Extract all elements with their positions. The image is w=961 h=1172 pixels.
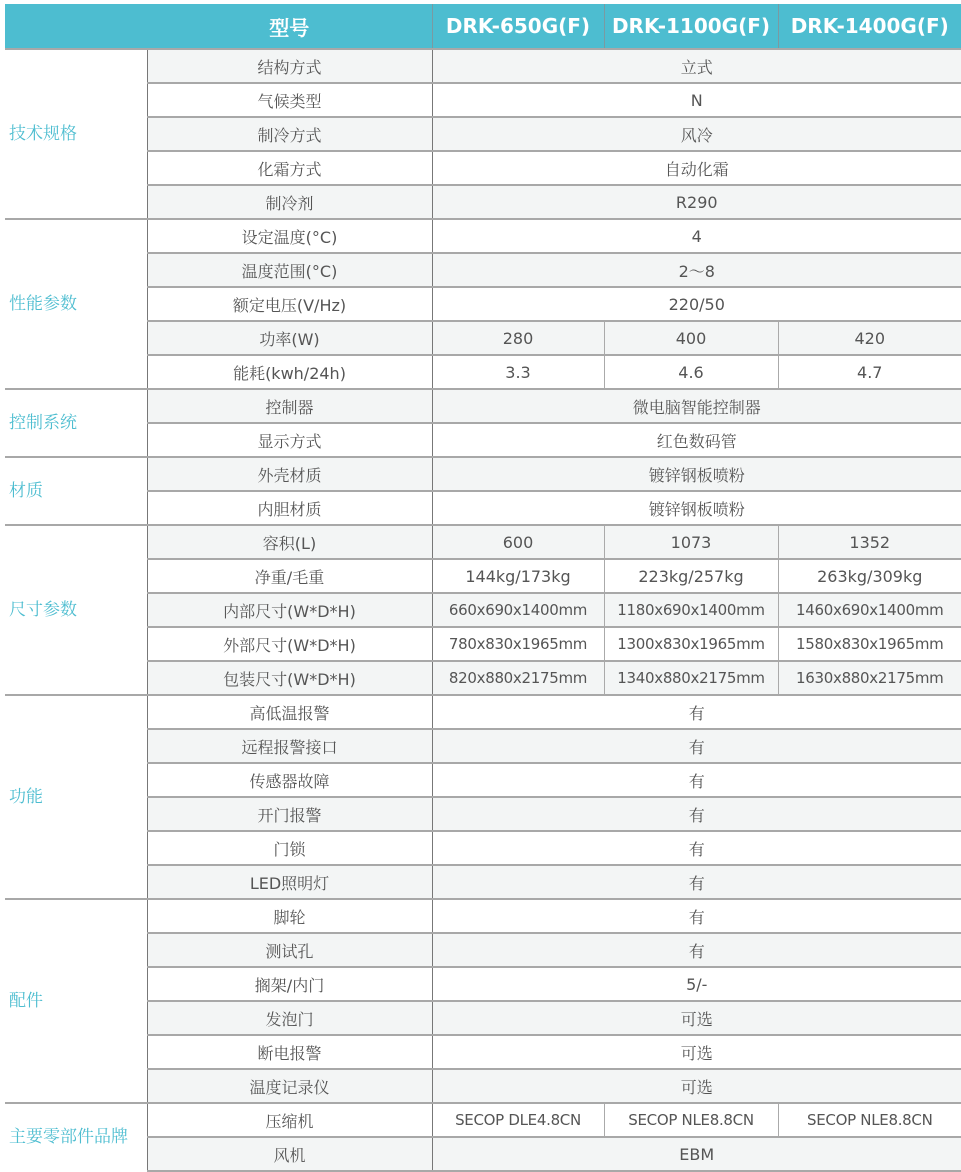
- table-row: 配件 脚轮 有: [5, 899, 961, 933]
- row-value-model-2: 1340x880x2175mm: [604, 661, 778, 695]
- table-row: 控制系统 控制器 微电脑智能控制器: [5, 389, 961, 423]
- row-label: 额定电压(V/Hz): [147, 287, 432, 321]
- row-label: 制冷方式: [147, 117, 432, 151]
- row-label: 容积(L): [147, 525, 432, 559]
- row-label: 高低温报警: [147, 695, 432, 729]
- row-label: 控制器: [147, 389, 432, 423]
- table-row: 能耗(kwh/24h) 3.3 4.6 4.7: [5, 355, 961, 389]
- row-label: 内胆材质: [147, 491, 432, 525]
- row-value: 微电脑智能控制器: [432, 389, 961, 423]
- table-row: 温度记录仪 可选: [5, 1069, 961, 1103]
- table-row: 内胆材质 镀锌钢板喷粉: [5, 491, 961, 525]
- row-value: 有: [432, 797, 961, 831]
- row-value: 5/-: [432, 967, 961, 1001]
- table-row: 材质 外壳材质 镀锌钢板喷粉: [5, 457, 961, 491]
- table-row: 性能参数 设定温度(°C) 4: [5, 219, 961, 253]
- row-label: 净重/毛重: [147, 559, 432, 593]
- header-model-2: DRK-1100G(F): [604, 4, 778, 49]
- header-model-3: DRK-1400G(F): [778, 4, 961, 49]
- row-value: N: [432, 83, 961, 117]
- row-label: 化霜方式: [147, 151, 432, 185]
- row-label: 断电报警: [147, 1035, 432, 1069]
- row-value: 有: [432, 899, 961, 933]
- row-value: 有: [432, 865, 961, 899]
- category-component-brands: 主要零部件品牌: [5, 1103, 147, 1135]
- row-label: 开门报警: [147, 797, 432, 831]
- table-row: 化霜方式 自动化霜: [5, 151, 961, 185]
- row-value: 220/50: [432, 287, 961, 321]
- category-performance: 性能参数: [5, 219, 147, 389]
- header-row: 型号 DRK-650G(F) DRK-1100G(F) DRK-1400G(F): [5, 4, 961, 49]
- row-label: 设定温度(°C): [147, 219, 432, 253]
- row-value: 可选: [432, 1069, 961, 1103]
- spec-table: 型号 DRK-650G(F) DRK-1100G(F) DRK-1400G(F)…: [5, 4, 961, 1135]
- row-value-model-2: 1073: [604, 525, 778, 559]
- row-label: 功率(W): [147, 321, 432, 355]
- model-label-text: 型号: [147, 12, 432, 41]
- row-value-model-1: 820x880x2175mm: [432, 661, 604, 695]
- row-value-model-3: 4.7: [778, 355, 961, 389]
- row-value: 可选: [432, 1035, 961, 1069]
- row-label: 包装尺寸(W*D*H): [147, 661, 432, 695]
- row-value-model-3: 1352: [778, 525, 961, 559]
- table-row: 气候类型 N: [5, 83, 961, 117]
- table-row: 发泡门 可选: [5, 1001, 961, 1035]
- row-value-model-3: SECOP NLE8.8CN: [778, 1103, 961, 1135]
- row-label: 温度记录仪: [147, 1069, 432, 1103]
- row-label: 外部尺寸(W*D*H): [147, 627, 432, 661]
- row-value-model-1: 3.3: [432, 355, 604, 389]
- row-value-model-1: 144kg/173kg: [432, 559, 604, 593]
- row-value-model-2: 4.6: [604, 355, 778, 389]
- row-value-model-1: 660x690x1400mm: [432, 593, 604, 627]
- row-label: 显示方式: [147, 423, 432, 457]
- row-value-model-2: SECOP NLE8.8CN: [604, 1103, 778, 1135]
- category-functions: 功能: [5, 695, 147, 899]
- header-model-label: 型号: [147, 4, 432, 49]
- table-row: 技术规格 结构方式 立式: [5, 49, 961, 83]
- row-label: 外壳材质: [147, 457, 432, 491]
- row-value-model-3: 1630x880x2175mm: [778, 661, 961, 695]
- row-value: 有: [432, 763, 961, 797]
- row-value-model-2: 223kg/257kg: [604, 559, 778, 593]
- row-value: 立式: [432, 49, 961, 83]
- row-value-model-1: 280: [432, 321, 604, 355]
- row-value: 镀锌钢板喷粉: [432, 457, 961, 491]
- row-value: 镀锌钢板喷粉: [432, 491, 961, 525]
- row-value-model-1: 600: [432, 525, 604, 559]
- row-label: 远程报警接口: [147, 729, 432, 763]
- table-row: 制冷剂 R290: [5, 185, 961, 219]
- row-label: 压缩机: [147, 1103, 432, 1135]
- row-label: 脚轮: [147, 899, 432, 933]
- row-value-model-3: 1460x690x1400mm: [778, 593, 961, 627]
- table-row: 断电报警 可选: [5, 1035, 961, 1069]
- row-value: 可选: [432, 1001, 961, 1035]
- table-row: 净重/毛重 144kg/173kg 223kg/257kg 263kg/309k…: [5, 559, 961, 593]
- category-tech-specs: 技术规格: [5, 49, 147, 219]
- category-material: 材质: [5, 457, 147, 525]
- table-row: 功率(W) 280 400 420: [5, 321, 961, 355]
- table-row: LED照明灯 有: [5, 865, 961, 899]
- table-row: 尺寸参数 容积(L) 600 1073 1352: [5, 525, 961, 559]
- row-value-model-1: 780x830x1965mm: [432, 627, 604, 661]
- table-row: 显示方式 红色数码管: [5, 423, 961, 457]
- table-row: 传感器故障 有: [5, 763, 961, 797]
- table-row: 额定电压(V/Hz) 220/50: [5, 287, 961, 321]
- category-dimensions: 尺寸参数: [5, 525, 147, 695]
- row-label: 能耗(kwh/24h): [147, 355, 432, 389]
- row-value: 自动化霜: [432, 151, 961, 185]
- table-row: 远程报警接口 有: [5, 729, 961, 763]
- table-row: 门锁 有: [5, 831, 961, 865]
- row-value-model-3: 420: [778, 321, 961, 355]
- row-value: 有: [432, 933, 961, 967]
- row-value-model-2: 1300x830x1965mm: [604, 627, 778, 661]
- table-row: 内部尺寸(W*D*H) 660x690x1400mm 1180x690x1400…: [5, 593, 961, 627]
- row-label: 门锁: [147, 831, 432, 865]
- row-value: 4: [432, 219, 961, 253]
- header-model-1: DRK-650G(F): [432, 4, 604, 49]
- row-value-model-2: 400: [604, 321, 778, 355]
- row-value-model-1: SECOP DLE4.8CN: [432, 1103, 604, 1135]
- table-row: 功能 高低温报警 有: [5, 695, 961, 729]
- table-row: 温度范围(°C) 2〜8: [5, 253, 961, 287]
- table-row: 外部尺寸(W*D*H) 780x830x1965mm 1300x830x1965…: [5, 627, 961, 661]
- row-label: 测试孔: [147, 933, 432, 967]
- row-value: 有: [432, 831, 961, 865]
- row-label: 搁架/内门: [147, 967, 432, 1001]
- row-value: R290: [432, 185, 961, 219]
- row-label: 发泡门: [147, 1001, 432, 1035]
- table-row: 包装尺寸(W*D*H) 820x880x2175mm 1340x880x2175…: [5, 661, 961, 695]
- row-value: 有: [432, 729, 961, 763]
- table-row: 测试孔 有: [5, 933, 961, 967]
- row-value: 风冷: [432, 117, 961, 151]
- row-value-model-3: 263kg/309kg: [778, 559, 961, 593]
- row-value: 2〜8: [432, 253, 961, 287]
- table-row: 搁架/内门 5/-: [5, 967, 961, 1001]
- table-row: 主要零部件品牌 压缩机 SECOP DLE4.8CN SECOP NLE8.8C…: [5, 1103, 961, 1135]
- row-label: 温度范围(°C): [147, 253, 432, 287]
- row-label: 气候类型: [147, 83, 432, 117]
- row-label: 内部尺寸(W*D*H): [147, 593, 432, 627]
- table-row: 开门报警 有: [5, 797, 961, 831]
- row-value: 有: [432, 695, 961, 729]
- row-value: 红色数码管: [432, 423, 961, 457]
- row-label: 传感器故障: [147, 763, 432, 797]
- row-value-model-3: 1580x830x1965mm: [778, 627, 961, 661]
- row-value-model-2: 1180x690x1400mm: [604, 593, 778, 627]
- row-label: 制冷剂: [147, 185, 432, 219]
- table-row: 制冷方式 风冷: [5, 117, 961, 151]
- row-label: 结构方式: [147, 49, 432, 83]
- row-label: LED照明灯: [147, 865, 432, 899]
- category-control-system: 控制系统: [5, 389, 147, 457]
- category-accessories: 配件: [5, 899, 147, 1103]
- header-blank-cell: [5, 4, 147, 49]
